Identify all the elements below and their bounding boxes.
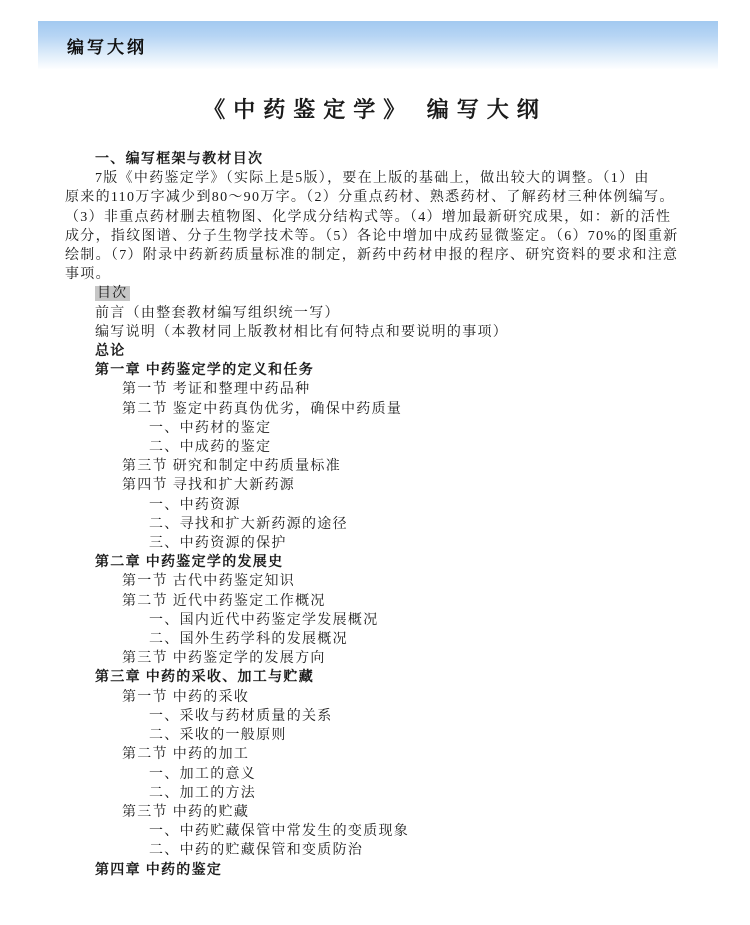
toc-line: 二、中成药的鉴定 bbox=[149, 438, 750, 457]
toc-line: 一、国内近代中药鉴定学发展概况 bbox=[149, 611, 750, 630]
toc-line: 目次 bbox=[95, 284, 750, 303]
paragraph: 7版《中药鉴定学》（实际上是5版），要在上版的基础上，做出较大的调整。（1）由原… bbox=[65, 169, 750, 284]
section-heading: 一、编写框架与教材目次 bbox=[95, 150, 750, 169]
header-bar-label: 编写大纲 bbox=[67, 33, 147, 58]
paragraph-line: 原来的110万字减少到80～90万字。（2）分重点药材、熟悉药材、了解药材三种体… bbox=[65, 188, 750, 207]
paragraph-line: 绘制。（7）附录中药新药质量标准的制定，新药中药材申报的程序、研究资料的要求和注… bbox=[65, 246, 750, 265]
header-bar: 编写大纲 bbox=[38, 21, 718, 69]
toc-line: 第三节 研究和制定中药质量标准 bbox=[122, 457, 750, 476]
toc-line: 第一章 中药鉴定学的定义和任务 bbox=[95, 361, 750, 380]
paragraph-line: （3）非重点药材删去植物图、化学成分结构式等。（4）增加最新研究成果，如：新的活… bbox=[65, 208, 750, 227]
toc-line: 第三节 中药的贮藏 bbox=[122, 803, 750, 822]
toc-highlighted-text: 目次 bbox=[95, 286, 130, 301]
paragraph-line: 成分，指纹图谱、分子生物学技术等。（5）各论中增加中成药显微鉴定。（6）70%的… bbox=[65, 227, 750, 246]
toc-line: 第二节 近代中药鉴定工作概况 bbox=[122, 592, 750, 611]
toc-line: 第一节 古代中药鉴定知识 bbox=[122, 572, 750, 591]
document-body: 一、编写框架与教材目次 7版《中药鉴定学》（实际上是5版），要在上版的基础上，做… bbox=[65, 150, 750, 880]
toc-list: 目次前言（由整套教材编写组织统一写）编写说明（本教材同上版教材相比有何特点和要说… bbox=[65, 284, 750, 879]
paragraph-line: 7版《中药鉴定学》（实际上是5版），要在上版的基础上，做出较大的调整。（1）由 bbox=[95, 169, 750, 188]
toc-line: 第三章 中药的采收、加工与贮藏 bbox=[95, 668, 750, 687]
toc-line: 二、国外生药学科的发展概况 bbox=[149, 630, 750, 649]
toc-line: 第一节 中药的采收 bbox=[122, 688, 750, 707]
toc-line: 二、采收的一般原则 bbox=[149, 726, 750, 745]
toc-line: 二、中药的贮藏保管和变质防治 bbox=[149, 841, 750, 860]
toc-line: 第二节 鉴定中药真伪优劣，确保中药质量 bbox=[122, 400, 750, 419]
paragraph-line: 事项。 bbox=[65, 265, 750, 284]
toc-line: 第一节 考证和整理中药品种 bbox=[122, 380, 750, 399]
toc-line: 第二章 中药鉴定学的发展史 bbox=[95, 553, 750, 572]
toc-line: 三、中药资源的保护 bbox=[149, 534, 750, 553]
toc-line: 前言（由整套教材编写组织统一写） bbox=[95, 304, 750, 323]
toc-line: 第三节 中药鉴定学的发展方向 bbox=[122, 649, 750, 668]
toc-line: 一、中药贮藏保管中常发生的变质现象 bbox=[149, 822, 750, 841]
toc-line: 一、中药材的鉴定 bbox=[149, 419, 750, 438]
toc-line: 第二节 中药的加工 bbox=[122, 745, 750, 764]
toc-line: 一、加工的意义 bbox=[149, 765, 750, 784]
toc-line: 一、中药资源 bbox=[149, 496, 750, 515]
toc-line: 总论 bbox=[95, 342, 750, 361]
toc-line: 二、加工的方法 bbox=[149, 784, 750, 803]
toc-line: 二、寻找和扩大新药源的途径 bbox=[149, 515, 750, 534]
toc-line: 第四章 中药的鉴定 bbox=[95, 861, 750, 880]
toc-line: 编写说明（本教材同上版教材相比有何特点和要说明的事项） bbox=[95, 323, 750, 342]
toc-line: 一、采收与药材质量的关系 bbox=[149, 707, 750, 726]
toc-line: 第四节 寻找和扩大新药源 bbox=[122, 476, 750, 495]
page-title: 《中药鉴定学》 编写大纲 bbox=[0, 93, 750, 124]
